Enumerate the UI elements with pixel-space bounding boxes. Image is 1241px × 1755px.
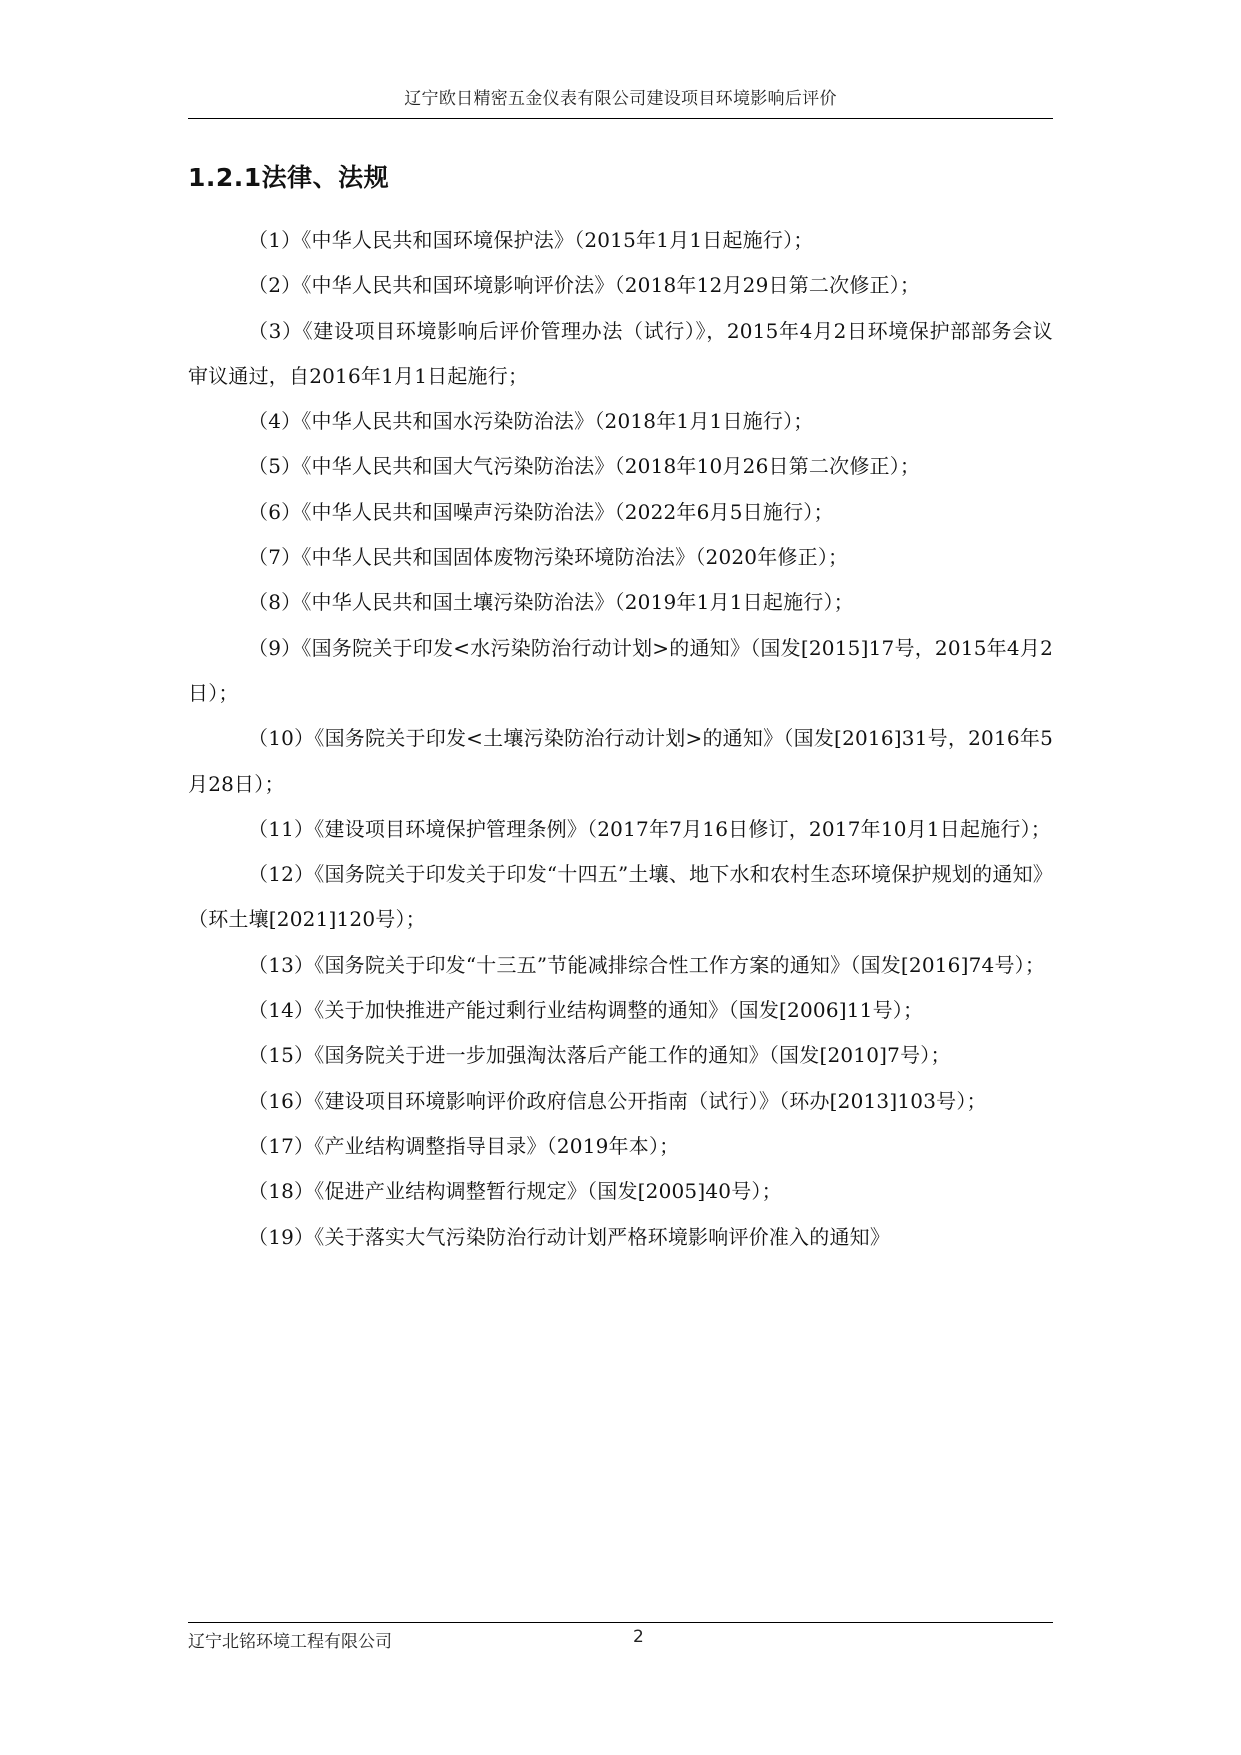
list-item: （14）《关于加快推进产能过剩行业结构调整的通知》（国发[2006]11号）；	[188, 988, 1053, 1033]
list-item: （12）《国务院关于印发关于印发“十四五”土壤、地下水和农村生态环境保护规划的通…	[188, 852, 1053, 943]
list-item: （2）《中华人民共和国环境影响评价法》（2018年12月29日第二次修正）；	[188, 263, 1053, 308]
list-item: （10）《国务院关于印发<土壤污染防治行动计划>的通知》（国发[2016]31号…	[188, 716, 1053, 807]
section-title: 1.2.1法律、法规	[188, 158, 389, 194]
list-item: （4）《中华人民共和国水污染防治法》（2018年1月1日施行）；	[188, 399, 1053, 444]
list-item: （9）《国务院关于印发<水污染防治行动计划>的通知》（国发[2015]17号，2…	[188, 626, 1053, 717]
list-item: （1）《中华人民共和国环境保护法》（2015年1月1日起施行）；	[188, 218, 1053, 263]
footer-company: 辽宁北铭环境工程有限公司	[188, 1627, 392, 1652]
list-item: （8）《中华人民共和国土壤污染防治法》（2019年1月1日起施行）；	[188, 580, 1053, 625]
list-item: （13）《国务院关于印发“十三五”节能减排综合性工作方案的通知》（国发[2016…	[188, 943, 1053, 988]
list-item: （5）《中华人民共和国大气污染防治法》（2018年10月26日第二次修正）；	[188, 444, 1053, 489]
header-title: 辽宁欧日精密五金仪表有限公司建设项目环境影响后评价	[404, 89, 837, 109]
regulation-list: （1）《中华人民共和国环境保护法》（2015年1月1日起施行）； （2）《中华人…	[188, 218, 1053, 1260]
list-item: （7）《中华人民共和国固体废物污染环境防治法》（2020年修正）；	[188, 535, 1053, 580]
list-item: （15）《国务院关于进一步加强淘汰落后产能工作的通知》（国发[2010]7号）；	[188, 1033, 1053, 1078]
list-item: （18）《促进产业结构调整暂行规定》（国发[2005]40号）；	[188, 1169, 1053, 1214]
list-item: （11）《建设项目环境保护管理条例》（2017年7月16日修订，2017年10月…	[188, 807, 1053, 852]
list-item: （17）《产业结构调整指导目录》（2019年本）；	[188, 1124, 1053, 1169]
list-item: （3）《建设项目环境影响后评价管理办法（试行）》，2015年4月2日环境保护部部…	[188, 309, 1053, 400]
list-item: （19）《关于落实大气污染防治行动计划严格环境影响评价准入的通知》	[188, 1215, 1053, 1260]
page-number: 2	[633, 1627, 644, 1647]
page-footer: 辽宁北铭环境工程有限公司 2	[188, 1622, 1053, 1653]
list-item: （6）《中华人民共和国噪声污染防治法》（2022年6月5日施行）；	[188, 490, 1053, 535]
page-header: 辽宁欧日精密五金仪表有限公司建设项目环境影响后评价	[188, 84, 1053, 119]
list-item: （16）《建设项目环境影响评价政府信息公开指南（试行）》（环办[2013]103…	[188, 1079, 1053, 1124]
